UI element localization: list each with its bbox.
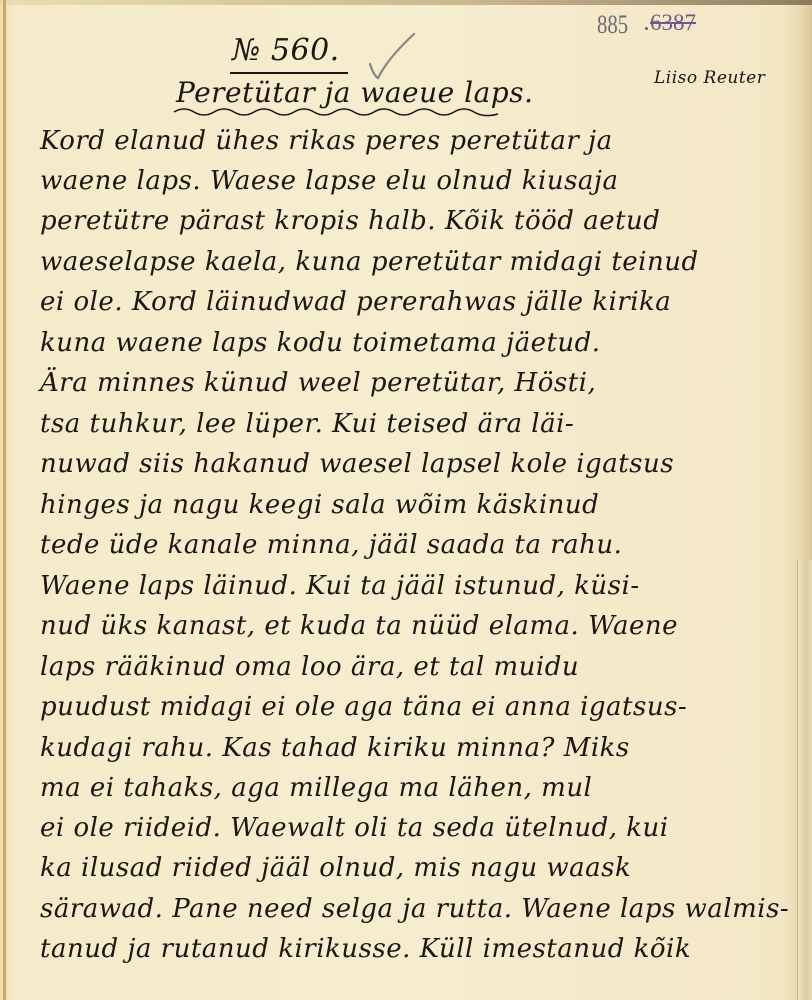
text-line: särawad. Pane need selga ja rutta. Waene… [40, 894, 789, 924]
story-number-underline [230, 72, 348, 74]
checkmark-icon [368, 30, 418, 82]
text-line: peretütre pärast kropis halb. Kõik tööd … [40, 206, 660, 236]
text-line: Waene laps läinud. Kui ta jääl istunud, … [40, 571, 640, 601]
stamp-dot [645, 27, 648, 30]
page-top-shadow [0, 0, 812, 5]
text-line: ka ilusad riided jääl olnud, mis nagu wa… [40, 853, 631, 883]
text-line: laps rääkinud oma loo ära, et tal muidu [40, 652, 579, 682]
title-wavy-underline [172, 104, 502, 120]
archive-number: 885 [597, 10, 628, 40]
text-line: nud üks kanast, et kuda ta nüüd elama. W… [40, 611, 678, 641]
text-line: ei ole. Kord läinudwad pererahwas jälle … [40, 287, 671, 317]
text-line: ei ole riideid. Waewalt oli ta seda ütel… [40, 813, 669, 843]
text-line: Kord elanud ühes rikas peres peretütar j… [40, 126, 613, 156]
text-line: kudagi rahu. Kas tahad kiriku minna? Mik… [40, 733, 630, 763]
old-number-struck: 6387 [650, 10, 696, 36]
text-line: ma ei tahaks, aga millega ma lähen, mul [40, 773, 592, 803]
text-line: Ära minnes künud weel peretütar, Hösti, [40, 368, 596, 398]
text-line: hinges ja nagu keegi sala wõim käskinud [40, 490, 599, 520]
text-line: puudust midagi ei ole aga täna ei anna i… [40, 692, 687, 722]
page-edge-line [797, 560, 798, 1000]
collector-name: Liiso Reuter [654, 68, 765, 88]
text-line: waene laps. Waese lapse elu olnud kiusaj… [40, 166, 618, 196]
text-line: waeselapse kaela, kuna peretütar midagi … [40, 247, 699, 277]
binding-edge [3, 0, 6, 1000]
page-right-edge [798, 560, 812, 1000]
story-number: № 560. [232, 33, 340, 68]
text-line: nuwad siis hakanud waesel lapsel kole ig… [40, 449, 674, 479]
manuscript-page: 885 6387 № 560. Peretütar ja waeue laps.… [0, 0, 812, 1000]
text-line: tede üde kanale minna, jääl saada ta rah… [40, 530, 622, 560]
text-line: kuna waene laps kodu toimetama jäetud. [40, 328, 601, 358]
text-line: tsa tuhkur, lee lüper. Kui teised ära lä… [40, 409, 574, 439]
text-line: tanud ja rutanud kirikusse. Küll imestan… [40, 934, 691, 964]
